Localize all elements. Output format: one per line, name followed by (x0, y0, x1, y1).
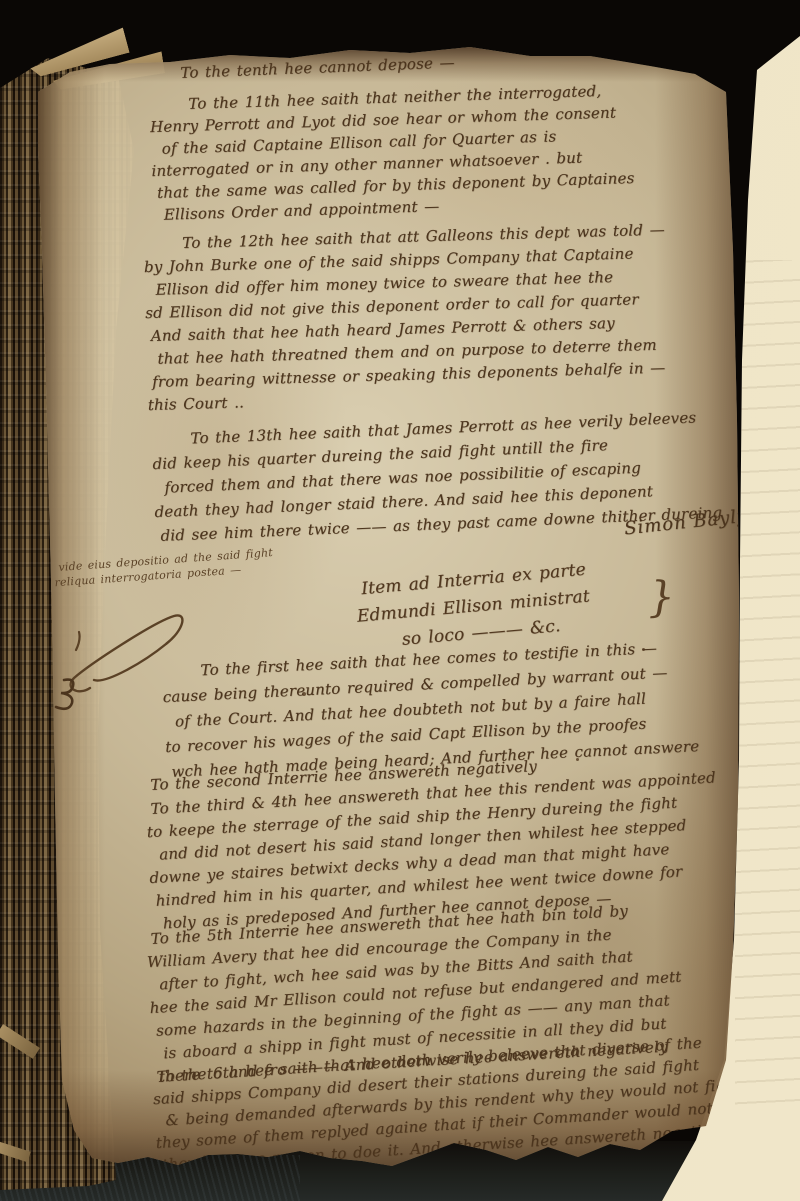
manuscript-line: To the tenth hee cannot depose — (180, 53, 455, 82)
paragraph-twelfth: To the 12th hee saith that att Galleons … (148, 219, 670, 417)
margin-note: vide eius depositio ad the said fightrel… (58, 545, 274, 590)
heading-bracket: } (647, 572, 675, 622)
paragraph-eleventh: To the 11th hee saith that neither the i… (154, 79, 636, 226)
paragraph-tenth: To the tenth hee cannot depose — (180, 53, 455, 82)
manuscript-page: To the tenth hee cannot depose — To the … (0, 0, 800, 1201)
manuscript-photo: To the tenth hee cannot depose — To the … (0, 0, 800, 1201)
ink-showthrough (735, 260, 800, 1120)
